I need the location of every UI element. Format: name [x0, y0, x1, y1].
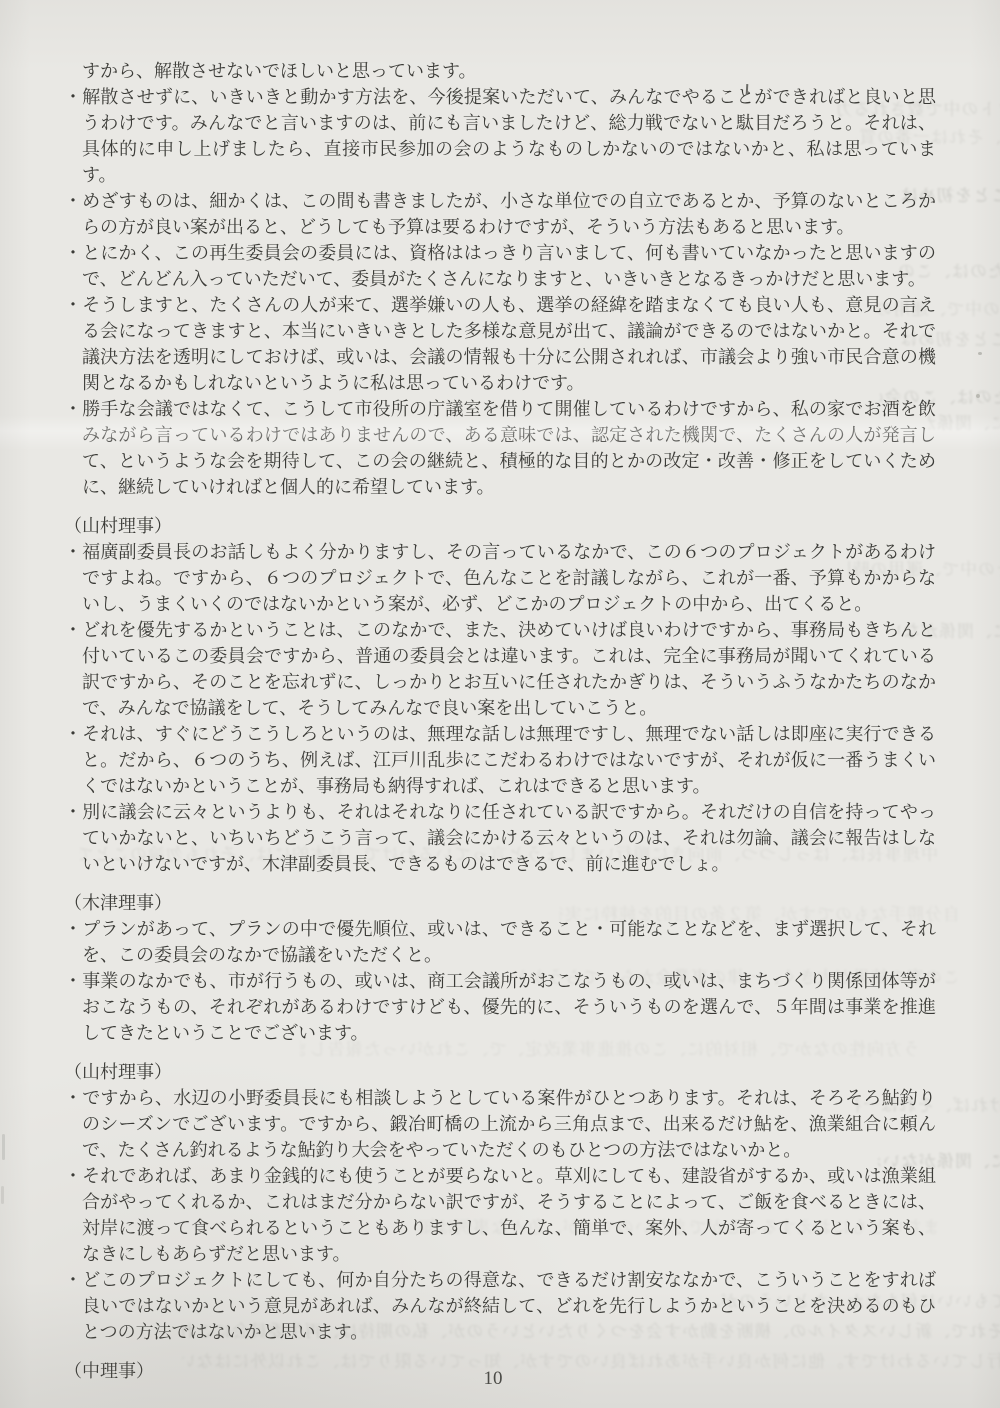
- bullet-text: それであれば、あまり金銭的にも使うことが要らないと。草刈にしても、建設省がするか…: [82, 1166, 936, 1264]
- bullet-marker: ・: [64, 542, 82, 562]
- bullet-item: ・福廣副委員長のお話しもよく分かりますし、その言っているなかで、この６つのプロジ…: [64, 539, 936, 617]
- bullet-item: ・そうしますと、たくさんの人が来て、選挙嫌いの人も、選挙の経緯を踏まなくても良い…: [64, 292, 936, 396]
- bullet-item: ・めざすものは、細かくは、この間も書きましたが、小さな単位での自立であるとか、予…: [64, 188, 936, 240]
- bullet-item: ・ですから、水辺の小野委員長にも相談しようとしている案件がひとつあります。それは…: [64, 1085, 936, 1163]
- bullet-marker: ・: [64, 191, 82, 211]
- bullet-text: 勝手な会議ではなくて、こうして市役所の庁議室を借りて開催しているわけですから、私…: [82, 399, 936, 497]
- bullet-marker: ・: [64, 724, 82, 744]
- bullet-item: ・それであれば、あまり金銭的にも使うことが要らないと。草刈にしても、建設省がする…: [64, 1163, 936, 1267]
- bullet-item: ・プランがあって、プランの中で優先順位、或いは、できること・可能なことなどを、ま…: [64, 916, 936, 968]
- speaker-heading: （木津理事）: [64, 890, 936, 916]
- page-number: 10: [0, 1368, 986, 1390]
- scanned-page: ロジェクトの中で数される力が出せると考えていてくれること ければ、それは一番の質…: [0, 0, 1000, 1408]
- bullet-text: ですから、水辺の小野委員長にも相談しようとしている案件がひとつあります。それは、…: [82, 1088, 936, 1160]
- bleedthrough-text: に、関係がないわけではないです: [928, 414, 1000, 434]
- paragraph-continuation: すから、解散させないでほしいと思っています。: [64, 58, 936, 84]
- scan-speck: [1, 1186, 4, 1204]
- bullet-text: 事業のなかでも、市が行うもの、或いは、商工会議所がおこなうもの、或いは、まちづく…: [82, 971, 936, 1043]
- bullet-item: ・勝手な会議ではなくて、こうして市役所の庁議室を借りて開催しているわけですから、…: [64, 396, 936, 500]
- bullet-item: ・解散させずに、いきいきと動かす方法を、今後提案いただいて、みんなでやることがで…: [64, 84, 936, 188]
- bullet-text: 解散させずに、いきいきと動かす方法を、今後提案いただいて、みんなでやることができ…: [82, 87, 936, 185]
- bullet-marker: ・: [64, 1088, 82, 1108]
- bullet-marker: ・: [64, 1166, 82, 1186]
- bullet-item: ・どれを優先するかということは、このなかで、また、決めていけば良いわけですから、…: [64, 617, 936, 721]
- scan-speck: [2, 1134, 5, 1160]
- scan-speck: [978, 352, 982, 355]
- bullet-item: ・事業のなかでも、市が行うもの、或いは、商工会議所がおこなうもの、或いは、まちづ…: [64, 968, 936, 1046]
- bullet-item: ・それは、すぐにどうこうしろというのは、無理な話しは無理ですし、無理でない話しは…: [64, 721, 936, 799]
- bullet-marker: ・: [64, 243, 82, 263]
- bullet-text: プランがあって、プランの中で優先順位、或いは、できること・可能なことなどを、まず…: [82, 919, 936, 965]
- bullet-text: めざすものは、細かくは、この間も書きましたが、小さな単位での自立であるとか、予算…: [82, 191, 936, 237]
- bullet-marker: ・: [64, 971, 82, 991]
- bullet-text: どれを優先するかということは、このなかで、また、決めていけば良いわけですから、事…: [82, 620, 936, 718]
- document-body: すから、解散させないでほしいと思っています。 ・解散させずに、いきいきと動かす方…: [64, 58, 936, 1384]
- bullet-item: ・別に議会に云々というよりも、それはそれなりに任されている訳ですから。それだけの…: [64, 799, 936, 877]
- bullet-marker: ・: [64, 1270, 82, 1290]
- speaker-heading: （山村理事）: [64, 513, 936, 539]
- bullet-marker: ・: [64, 295, 82, 315]
- bullet-item: ・どこのプロジェクトにしても、何か自分たちの得意な、できるだけ割安ななかで、こう…: [64, 1267, 936, 1345]
- bullet-text: どこのプロジェクトにしても、何か自分たちの得意な、できるだけ割安ななかで、こうい…: [82, 1270, 936, 1342]
- bullet-text: それは、すぐにどうこうしろというのは、無理な話しは無理ですし、無理でない話しは即…: [82, 724, 936, 796]
- bullet-marker: ・: [64, 802, 82, 822]
- bullet-item: ・とにかく、この再生委員会の委員には、資格ははっきり言いまして、何も書いていなか…: [64, 240, 936, 292]
- scan-speck: [976, 394, 980, 398]
- bullet-marker: ・: [64, 919, 82, 939]
- bullet-text: 別に議会に云々というよりも、それはそれなりに任されている訳ですから。それだけの自…: [82, 802, 936, 874]
- bullet-text: そうしますと、たくさんの人が来て、選挙嫌いの人も、選挙の経緯を踏まなくても良い人…: [82, 295, 936, 393]
- bullet-marker: ・: [64, 620, 82, 640]
- speaker-heading: （山村理事）: [64, 1059, 936, 1085]
- bullet-marker: ・: [64, 87, 82, 107]
- bullet-text: とにかく、この再生委員会の委員には、資格ははっきり言いまして、何も書いていなかっ…: [82, 243, 936, 289]
- bullet-marker: ・: [64, 399, 82, 419]
- bullet-text: 福廣副委員長のお話しもよく分かりますし、その言っているなかで、この６つのプロジェ…: [82, 542, 936, 614]
